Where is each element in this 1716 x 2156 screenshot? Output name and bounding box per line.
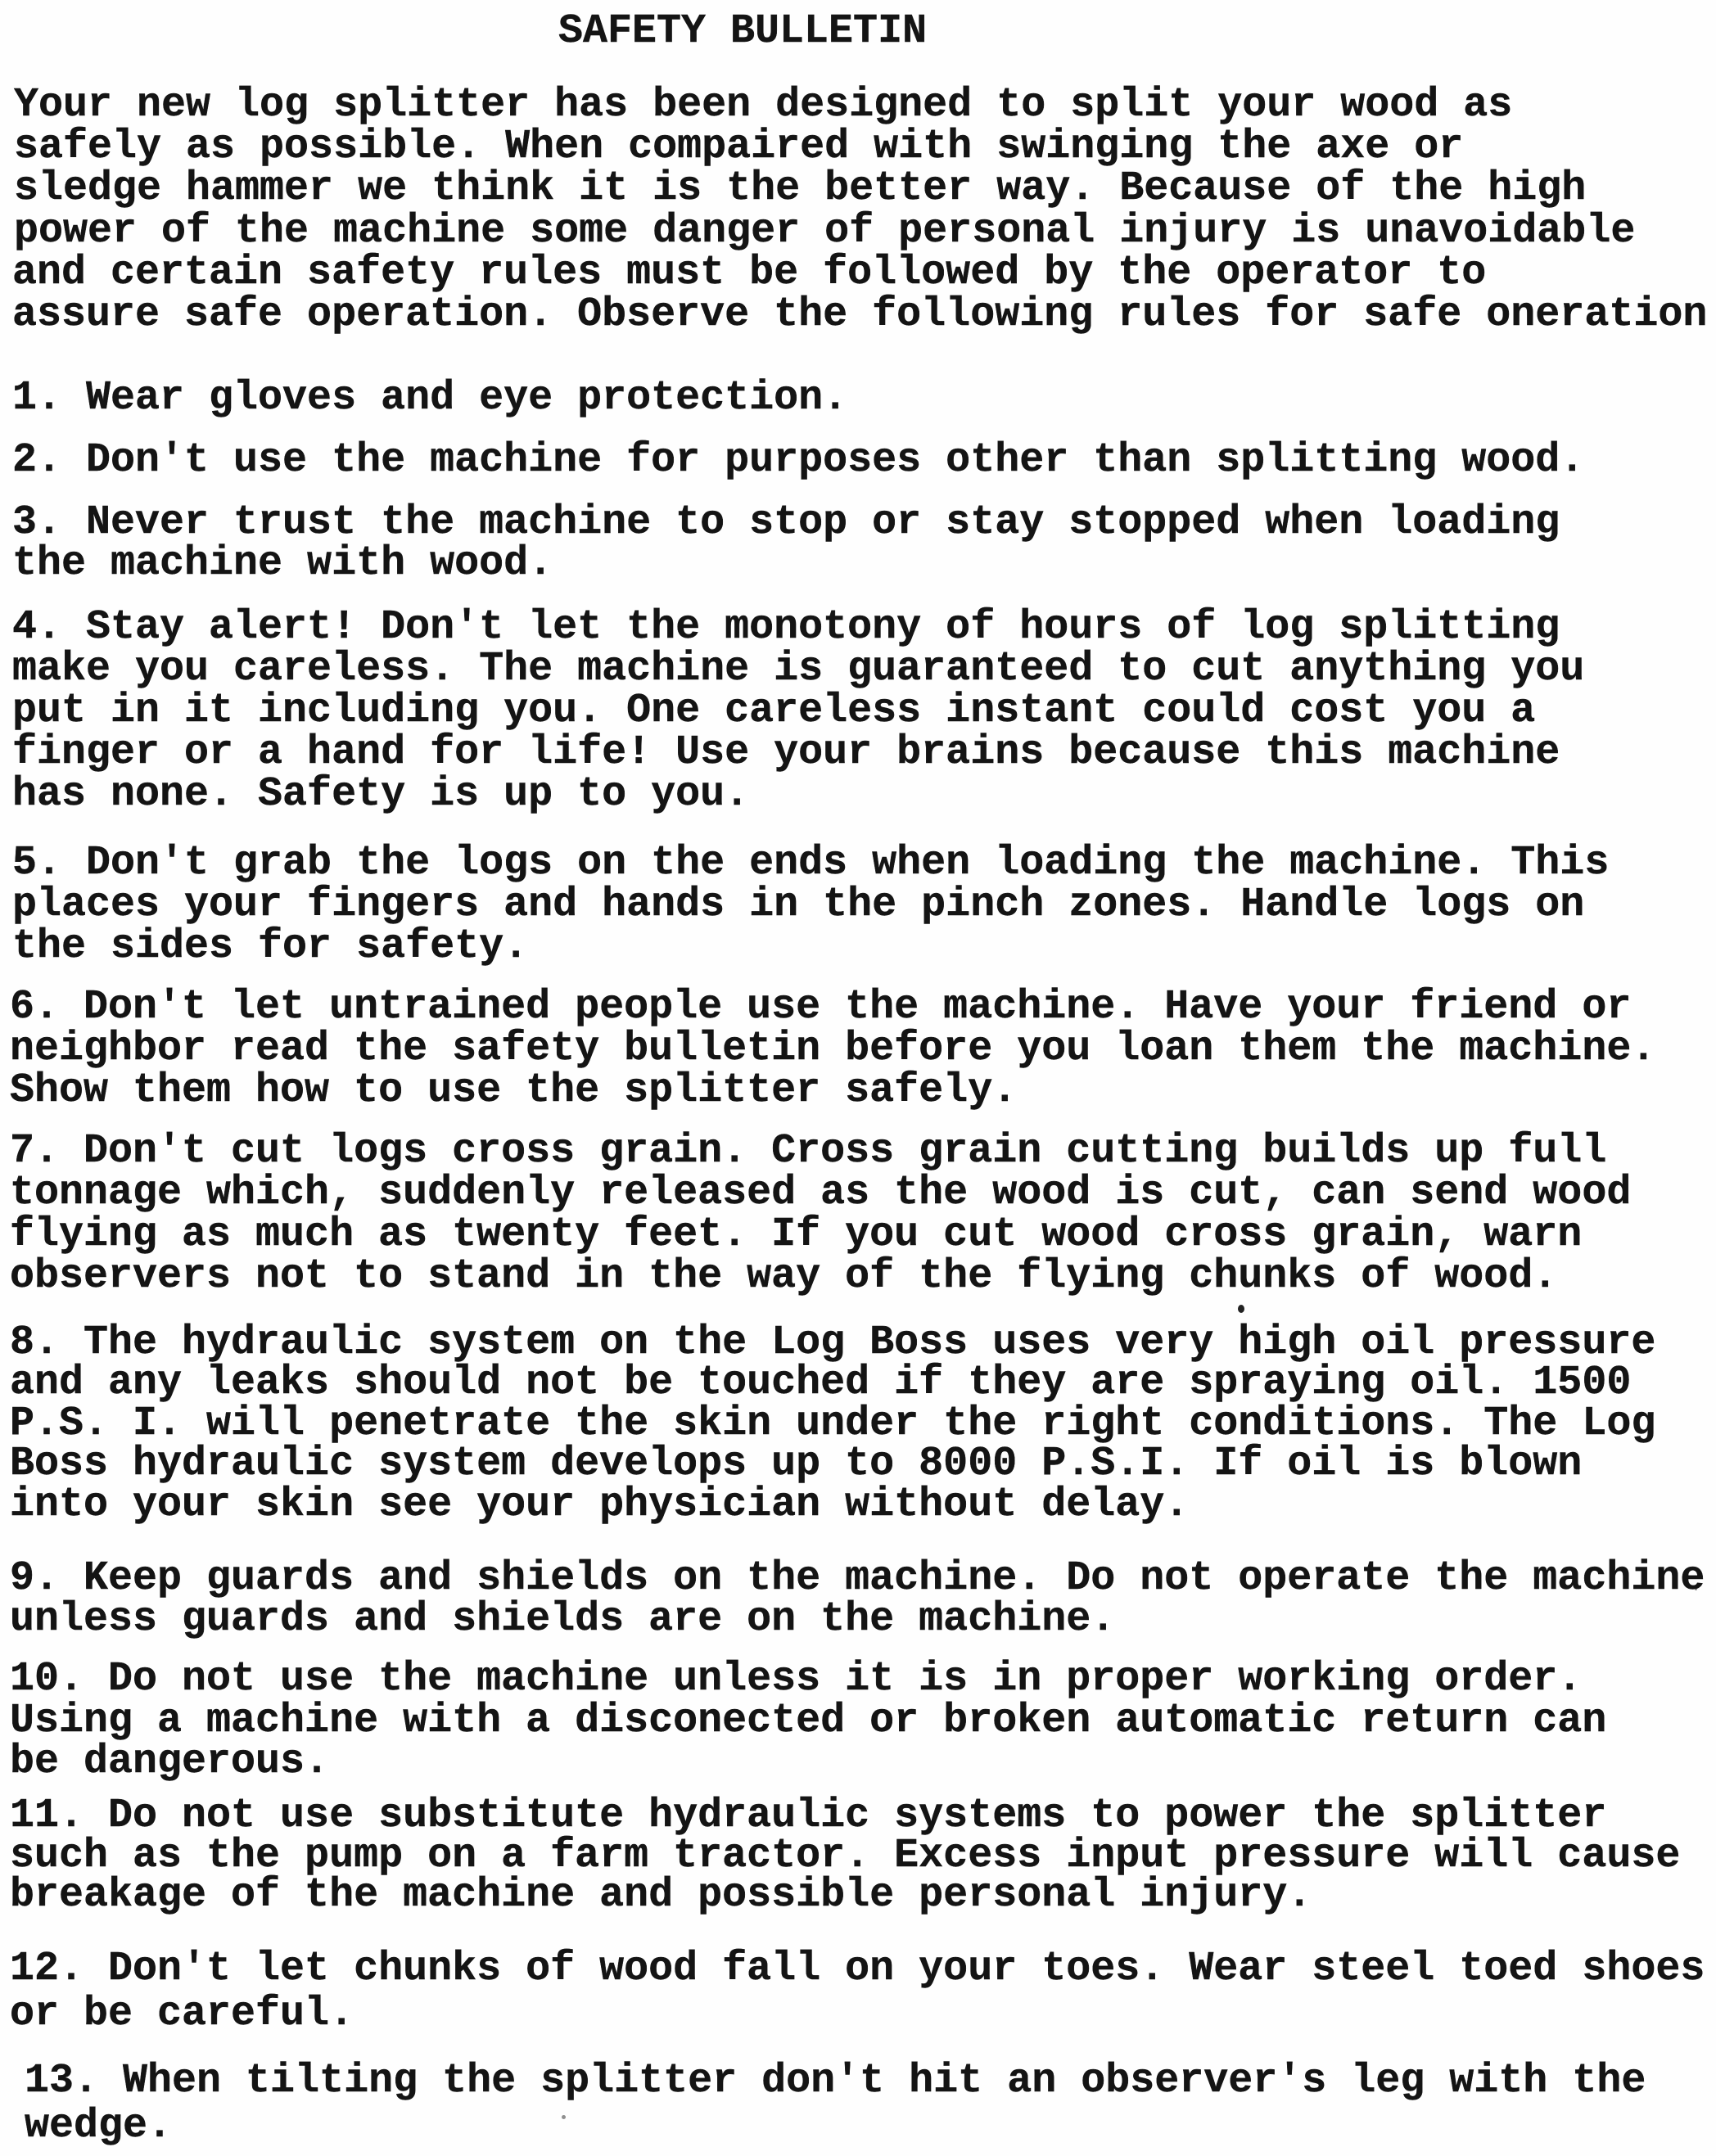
rule-line: Boss hydraulic system develops up to 800…	[10, 1444, 1582, 1485]
intro-line: safely as possible. When compaired with …	[14, 127, 1463, 168]
rule-line: places your fingers and hands in the pin…	[12, 885, 1584, 926]
rule-line: such as the pump on a farm tractor. Exce…	[10, 1836, 1680, 1877]
rule-line: 9. Keep guards and shields on the machin…	[10, 1558, 1705, 1599]
intro-line: sledge hammer we think it is the better …	[14, 169, 1586, 210]
safety-bulletin-page: SAFETY BULLETIN Your new log splitter ha…	[0, 0, 1716, 2156]
intro-line: assure safe operation. Observe the follo…	[12, 295, 1707, 336]
rule-line: 12. Don't let chunks of wood fall on you…	[10, 1949, 1705, 1990]
rule-line: 1. Wear gloves and eye protection.	[12, 378, 847, 419]
paper-speck	[1695, 1588, 1697, 1590]
rule-line: 8. The hydraulic system on the Log Boss …	[10, 1323, 1655, 1364]
intro-line: Your new log splitter has been designed …	[14, 85, 1512, 126]
rule-line: the machine with wood.	[12, 544, 553, 584]
rule-line: 3. Never trust the machine to stop or st…	[12, 503, 1560, 544]
rule-line: 6. Don't let untrained people use the ma…	[10, 987, 1631, 1028]
rule-line: 13. When tilting the splitter don't hit …	[25, 2061, 1646, 2102]
intro-line: and certain safety rules must be followe…	[12, 253, 1486, 294]
page-title: SAFETY BULLETIN	[558, 11, 927, 52]
rule-line: Show them how to use the splitter safely…	[10, 1071, 1017, 1112]
rule-line: P.S. I. will penetrate the skin under th…	[10, 1404, 1655, 1445]
rule-line: 5. Don't grab the logs on the ends when …	[12, 843, 1609, 884]
rule-line: or be careful.	[10, 1994, 354, 2035]
rule-line: flying as much as twenty feet. If you cu…	[10, 1215, 1582, 1256]
paper-speck	[562, 2115, 566, 2119]
rule-line: finger or a hand for life! Use your brai…	[12, 733, 1560, 774]
paper-speck	[1238, 1305, 1244, 1313]
rule-line: breakage of the machine and possible per…	[10, 1875, 1312, 1916]
rule-line: tonnage which, suddenly released as the …	[10, 1173, 1631, 1214]
rule-line: Using a machine with a disconected or br…	[10, 1701, 1606, 1742]
rule-line: has none. Safety is up to you.	[12, 774, 749, 815]
intro-line: power of the machine some danger of pers…	[14, 211, 1635, 252]
rule-line: observers not to stand in the way of the…	[10, 1256, 1557, 1297]
rule-line: 7. Don't cut logs cross grain. Cross gra…	[10, 1131, 1606, 1172]
rule-line: put in it including you. One careless in…	[12, 691, 1535, 732]
rule-line: 11. Do not use substitute hydraulic syst…	[10, 1796, 1606, 1837]
rule-line: 4. Stay alert! Don't let the monotony of…	[12, 607, 1560, 648]
rule-line: and any leaks should not be touched if t…	[10, 1363, 1631, 1404]
rule-line: unless guards and shields are on the mac…	[10, 1599, 1115, 1640]
rule-line: 10. Do not use the machine unless it is …	[10, 1659, 1582, 1700]
rule-line: 2. Don't use the machine for purposes ot…	[12, 440, 1584, 481]
rule-line: wedge.	[25, 2106, 172, 2147]
rule-line: make you careless. The machine is guaran…	[12, 649, 1584, 690]
rule-line: neighbor read the safety bulletin before…	[10, 1029, 1655, 1070]
rule-line: be dangerous.	[10, 1742, 329, 1783]
rule-line: into your skin see your physician withou…	[10, 1485, 1189, 1526]
rule-line: the sides for safety.	[12, 927, 528, 967]
